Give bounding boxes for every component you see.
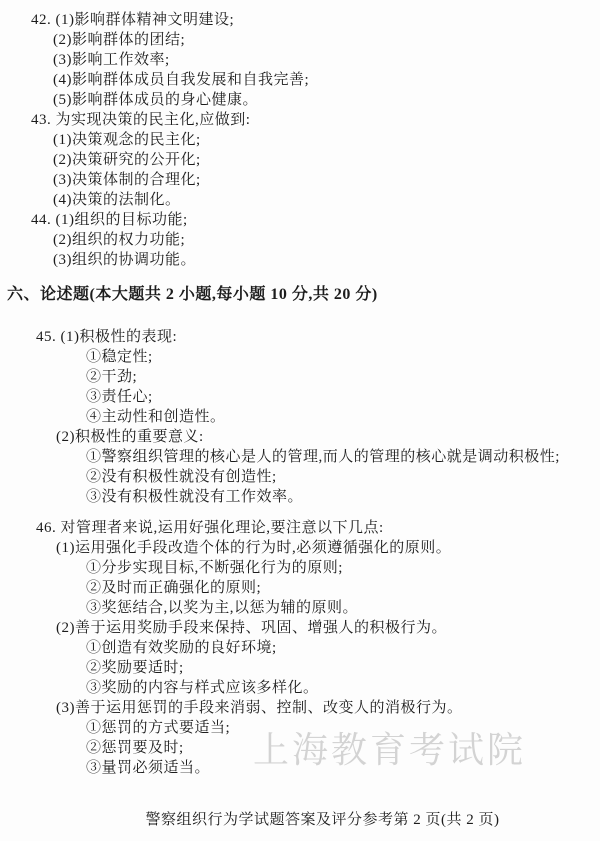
answer-line: (2)组织的权力功能; <box>0 230 600 250</box>
answer-line: ②干劲; <box>0 367 600 387</box>
answer-line: ①创造有效奖励的良好环境; <box>0 638 600 658</box>
answer-line: 42. (1)影响群体精神文明建设; <box>0 10 600 30</box>
answer-line: (2)影响群体的团结; <box>0 30 600 50</box>
section-6-heading: 六、论述题(本大题共 2 小题,每小题 10 分,共 20 分) <box>0 285 600 305</box>
answer-line: (4)影响群体成员自我发展和自我完善; <box>0 70 600 90</box>
answer-line: (1)决策观念的民主化; <box>0 130 600 150</box>
answer-line: (4)决策的法制化。 <box>0 190 600 210</box>
answer-line: ①警察组织管理的核心是人的管理,而人的管理的核心就是调动积极性; <box>0 447 600 467</box>
answer-block-43: 43. 为实现决策的民主化,应做到: (1)决策观念的民主化; (2)决策研究的… <box>0 110 600 210</box>
answer-line: 46. 对管理者来说,运用好强化理论,要注意以下几点: <box>0 518 600 538</box>
answer-line: (2)决策研究的公开化; <box>0 150 600 170</box>
answer-line: (2)积极性的重要意义: <box>0 427 600 447</box>
answer-line: ③责任心; <box>0 387 600 407</box>
answer-line: (3)善于运用惩罚的手段来消弱、控制、改变人的消极行为。 <box>0 698 600 718</box>
answer-block-44: 44. (1)组织的目标功能; (2)组织的权力功能; (3)组织的协调功能。 <box>0 210 600 270</box>
answer-line: (3)组织的协调功能。 <box>0 250 600 270</box>
answer-line: (3)影响工作效率; <box>0 50 600 70</box>
answer-block-46: 46. 对管理者来说,运用好强化理论,要注意以下几点: (1)运用强化手段改造个… <box>0 518 600 778</box>
answer-line: 44. (1)组织的目标功能; <box>0 210 600 230</box>
answer-line: (2)善于运用奖励手段来保持、巩固、增强人的积极行为。 <box>0 618 600 638</box>
answer-line: 45. (1)积极性的表现: <box>0 327 600 347</box>
scanned-document-page: 42. (1)影响群体精神文明建设; (2)影响群体的团结; (3)影响工作效率… <box>0 0 600 841</box>
answer-line: ③奖励的内容与样式应该多样化。 <box>0 678 600 698</box>
answer-block-42: 42. (1)影响群体精神文明建设; (2)影响群体的团结; (3)影响工作效率… <box>0 10 600 110</box>
answer-line: ①惩罚的方式要适当; <box>0 718 600 738</box>
answer-line: (1)运用强化手段改造个体的行为时,必须遵循强化的原则。 <box>0 538 600 558</box>
answer-line: ①稳定性; <box>0 347 600 367</box>
answer-block-45: 45. (1)积极性的表现: ①稳定性; ②干劲; ③责任心; ④主动性和创造性… <box>0 327 600 507</box>
answer-line: (3)决策体制的合理化; <box>0 170 600 190</box>
answer-line: ③没有积极性就没有工作效率。 <box>0 487 600 507</box>
answer-line: ②奖励要适时; <box>0 658 600 678</box>
answer-line: ③奖惩结合,以奖为主,以惩为辅的原则。 <box>0 598 600 618</box>
answer-line: ②惩罚要及时; <box>0 738 600 758</box>
document-body: 42. (1)影响群体精神文明建设; (2)影响群体的团结; (3)影响工作效率… <box>0 0 600 778</box>
answer-line: ④主动性和创造性。 <box>0 407 600 427</box>
answer-line: ③量罚必须适当。 <box>0 758 600 778</box>
answer-line: (5)影响群体成员的身心健康。 <box>0 90 600 110</box>
answer-line: ②没有积极性就没有创造性; <box>0 467 600 487</box>
answer-line: ②及时而正确强化的原则; <box>0 578 600 598</box>
answer-line: ①分步实现目标,不断强化行为的原则; <box>0 558 600 578</box>
page-footer: 警察组织行为学试题答案及评分参考第 2 页(共 2 页) <box>0 808 600 829</box>
answer-line: 43. 为实现决策的民主化,应做到: <box>0 110 600 130</box>
